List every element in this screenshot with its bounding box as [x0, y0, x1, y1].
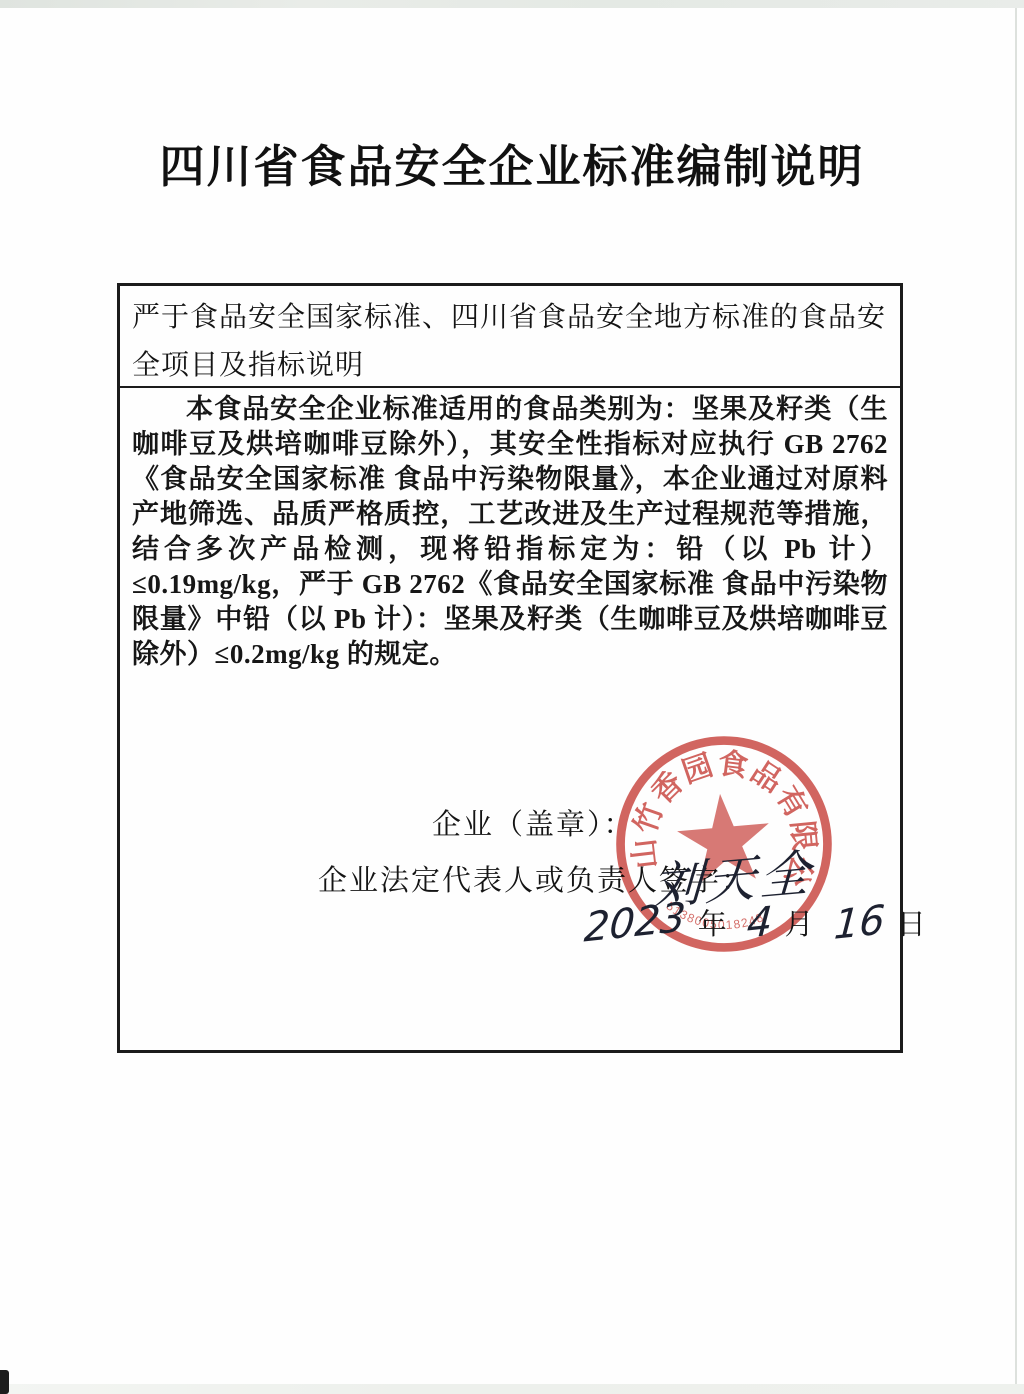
scan-artifact-corner-mark — [0, 1370, 9, 1394]
month-unit-label: 月 — [785, 909, 815, 941]
scan-artifact-right-edge — [1015, 8, 1017, 1384]
document-title: 四川省食品安全企业标准编制说明 — [0, 130, 1024, 195]
day-unit-label: 日 — [897, 909, 927, 941]
explanation-paragraph: 本食品安全企业标准适用的食品类别为：坚果及籽类（生咖啡豆及烘培咖啡豆除外），其安… — [132, 392, 888, 672]
signature-date-line: 2023年 4月 16日 — [578, 898, 933, 944]
company-seal-label: 企业（盖章）： — [432, 802, 635, 843]
handwritten-month: 4 — [746, 898, 775, 947]
handwritten-year: 2023 — [583, 894, 687, 951]
year-unit-label: 年 — [698, 909, 728, 941]
scanned-document-page: 四川省食品安全企业标准编制说明 严于食品安全国家标准、四川省食品安全地方标准的食… — [0, 0, 1024, 1394]
scan-artifact-bottom-edge — [0, 1384, 1024, 1394]
scan-artifact-top-edge — [0, 0, 1024, 8]
handwritten-day: 16 — [832, 897, 886, 949]
table-header-cell: 严于食品安全国家标准、四川省食品安全地方标准的食品安全项目及指标说明 — [120, 286, 900, 388]
